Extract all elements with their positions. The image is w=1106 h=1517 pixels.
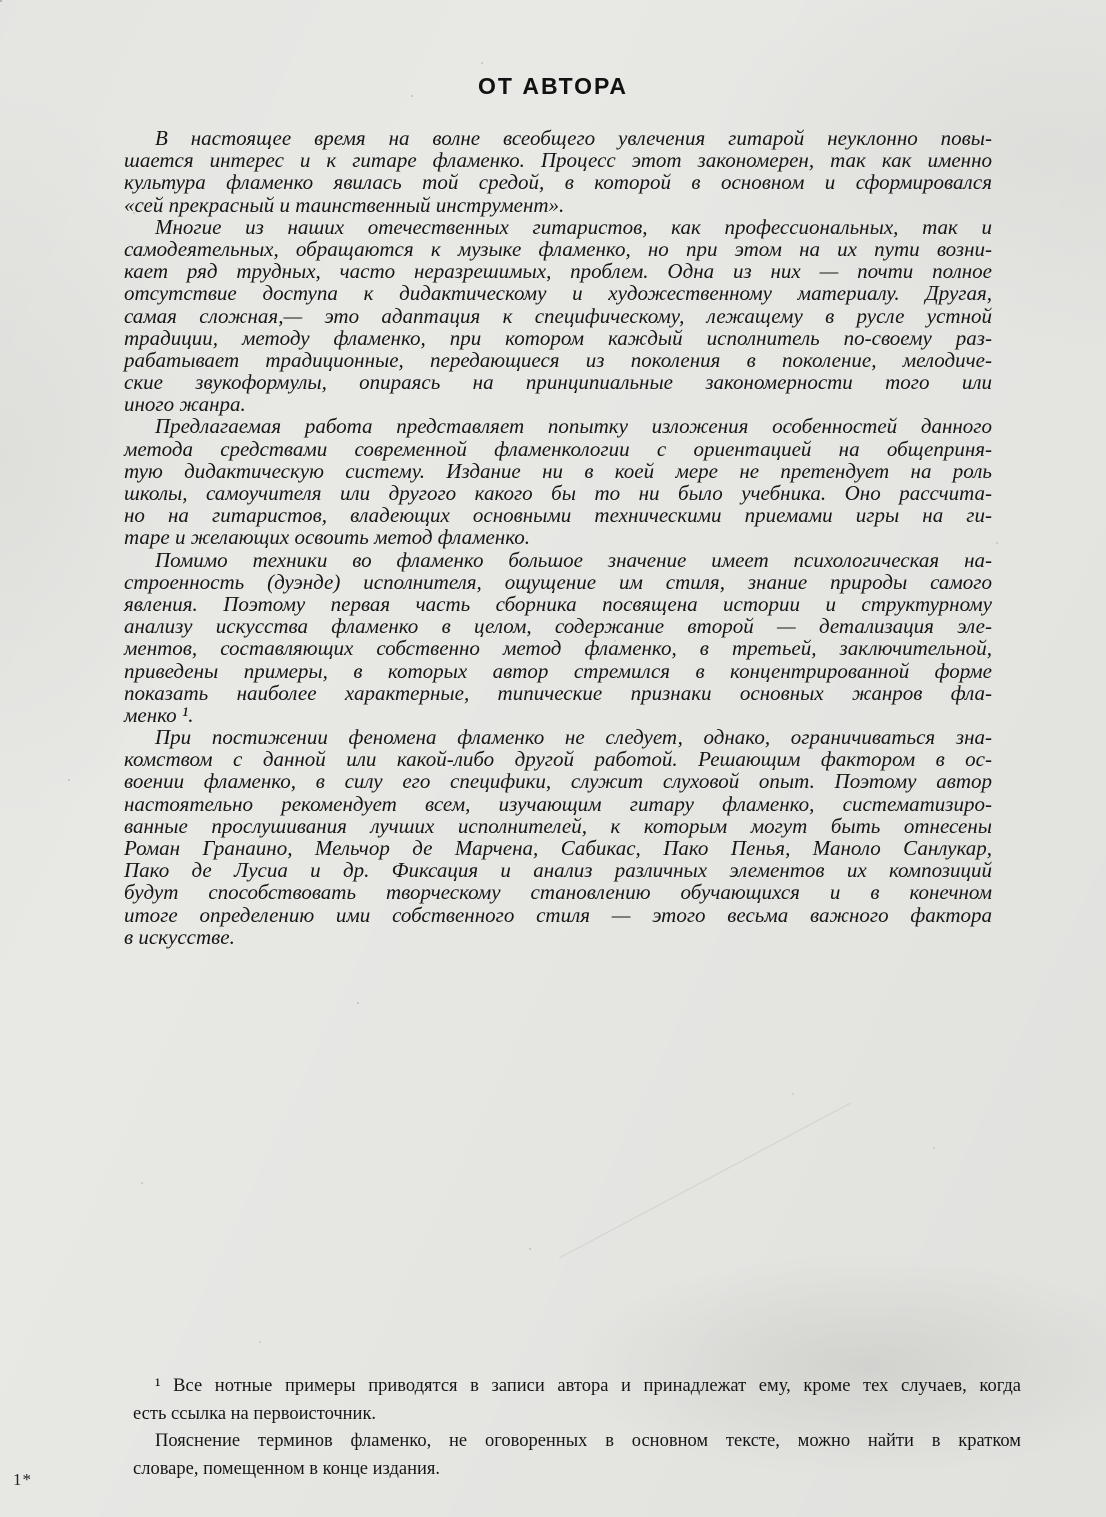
scanned-page: { "document": { "title": "ОТ АВТОРА", "p… [0,0,1106,1517]
scan-noise [0,0,2,2]
signature-mark: 1* [13,1470,32,1490]
text-line: ¹ Все нотные примеры приводятся в записи… [133,1373,1021,1401]
footnote-block: ¹ Все нотные примеры приводятся в записи… [133,1373,1021,1483]
footnote-paragraph-1: ¹ Все нотные примеры приводятся в записи… [133,1373,1021,1428]
text-line: кает ряд трудных, часто неразрешимых, пр… [124,260,992,282]
text-line: Многие из наших отечественных гитаристов… [124,216,992,238]
text-line: итоге определению ими собственного стиля… [124,904,992,926]
text-line: В настоящее время на волне всеобщего увл… [124,127,992,149]
paragraph-2: Многие из наших отечественных гитаристов… [124,216,992,416]
text-line: есть ссылка на первоисточник. [133,1401,1021,1429]
text-line: метода средствами современной фламенколо… [124,438,992,460]
text-line: ские звукоформулы, опираясь на принципиа… [124,371,992,393]
footnote-paragraph-2: Пояснение терминов фламенко, не оговорен… [133,1428,1021,1483]
text-line: отсутствие доступа к дидактическому и ху… [124,282,992,304]
text-line: приведены примеры, в которых автор стрем… [124,660,992,682]
text-line: показать наиболее характерные, типически… [124,682,992,704]
text-line: традиции, методу фламенко, при котором к… [124,327,992,349]
text-line: самодеятельных, обращаются к музыке флам… [124,238,992,260]
text-line: рабатывает традиционные, передающиеся из… [124,349,992,371]
text-line: культура фламенко явилась той средой, в … [124,171,992,193]
paragraph-3: Предлагаемая работа представляет попытку… [124,415,992,548]
text-line: шается интерес и к гитаре фламенко. Проц… [124,149,992,171]
text-line: самая сложная,— это адаптация к специфич… [124,305,992,327]
page-title: ОТ АВТОРА [0,73,1106,100]
text-line: школы, самоучителя или другого какого бы… [124,482,992,504]
text-line: воении фламенко, в силу его специфики, с… [124,770,992,792]
text-line: явления. Поэтому первая часть сборника п… [124,593,992,615]
text-line: Пояснение терминов фламенко, не оговорен… [133,1428,1021,1456]
text-line: Роман Гранаино, Мельчор де Марчена, Саби… [124,837,992,859]
text-line: При постижении феномена фламенко не след… [124,726,992,748]
text-line: «сей прекрасный и таинственный инструмен… [124,194,992,216]
paragraph-5: При постижении феномена фламенко не след… [124,726,992,948]
text-line: настоятельно рекомендует всем, изучающим… [124,793,992,815]
text-line: будут способствовать творческому становл… [124,881,992,903]
text-line: иного жанра. [124,393,992,415]
text-line: но на гитаристов, владеющих основными те… [124,504,992,526]
text-line: анализу искусства фламенко в целом, соде… [124,615,992,637]
text-line: словаре, помещенном в конце издания. [133,1456,1021,1484]
text-line: строенность (дуэнде) исполнителя, ощущен… [124,571,992,593]
text-line: в искусстве. [124,926,992,948]
paragraph-1: В настоящее время на волне всеобщего увл… [124,127,992,216]
text-line: менко ¹. [124,704,992,726]
text-line: Пако де Лусиа и др. Фиксация и анализ ра… [124,859,992,881]
text-line: тую дидактическую систему. Издание ни в … [124,460,992,482]
text-line: ментов, составляющих собственно метод фл… [124,637,992,659]
text-line: ванные прослушивания лучших исполнителей… [124,815,992,837]
text-line: комством с данной или какой-либо другой … [124,748,992,770]
paragraph-4: Помимо техники во фламенко большое значе… [124,549,992,727]
body-text-column: В настоящее время на волне всеобщего увл… [124,127,992,948]
text-line: Предлагаемая работа представляет попытку… [124,415,992,437]
text-line: таре и желающих освоить метод фламенко. [124,526,992,548]
text-line: Помимо техники во фламенко большое значе… [124,549,992,571]
scan-scratch [559,1103,851,1259]
